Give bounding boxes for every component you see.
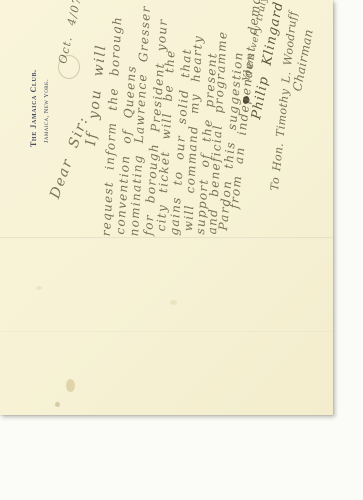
stain [36, 286, 42, 290]
scanned-letter-image: The Jamaica Club. Jamaica, New York. Oct… [0, 0, 363, 500]
letterhead-line2: Jamaica, New York. [43, 79, 50, 143]
fold-line-upper [0, 237, 333, 239]
stain [66, 379, 75, 392]
letter-paper: The Jamaica Club. Jamaica, New York. Oct… [0, 0, 333, 415]
date-line: Oct. 4/07 [56, 0, 84, 65]
fold-line-lower [0, 331, 333, 333]
stain [55, 402, 60, 407]
letterhead-line1: The Jamaica Club. [29, 69, 38, 147]
stain [170, 300, 177, 305]
